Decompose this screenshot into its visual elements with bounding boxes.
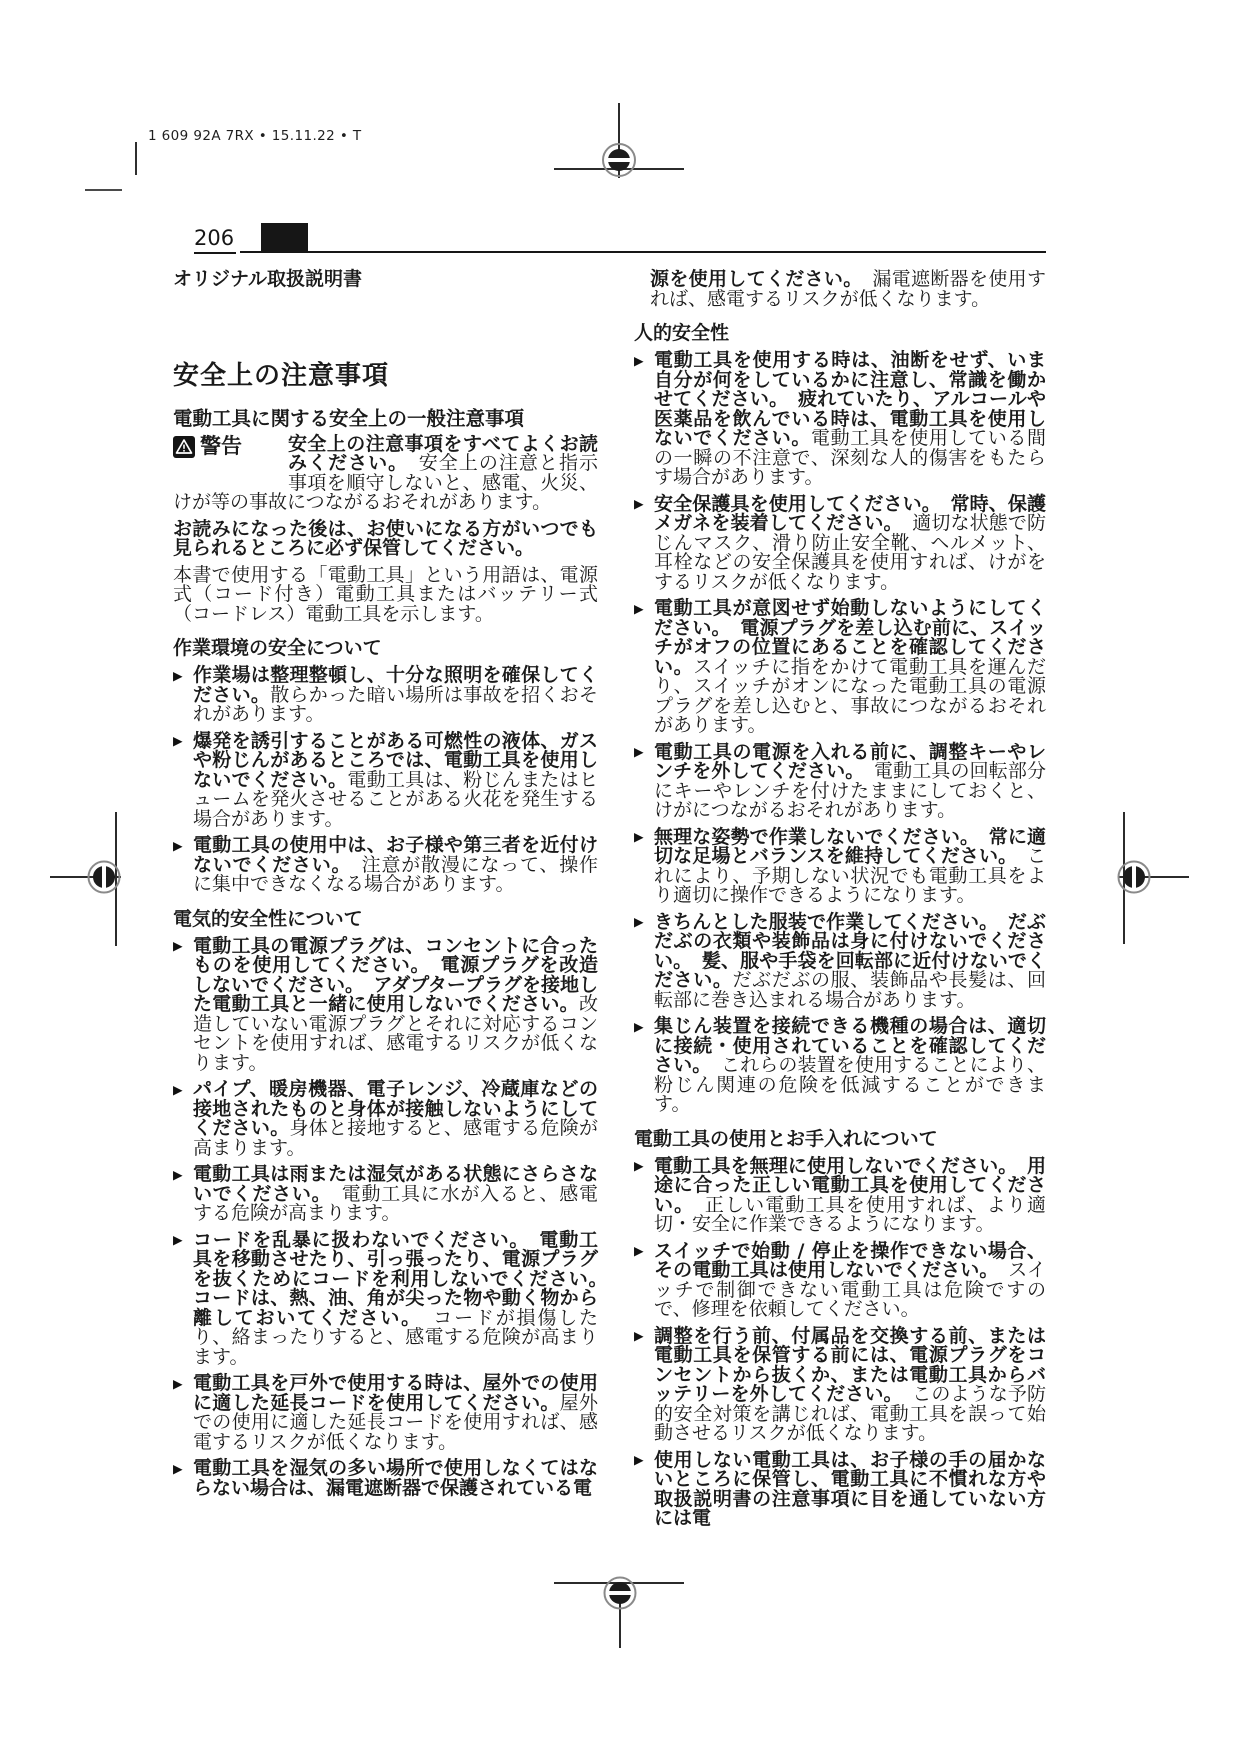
warning-paragraph: 警告 安全上の注意事項をすべてよくお読みください。 安全上の注意と指示事項を順守… [173,435,598,513]
terminology-note: 本書で使用する「電動工具」という用語は、電源式（コード付き）電動工具またはバッテ… [173,566,598,625]
bullet-icon: ▶ [173,939,183,953]
bullet-icon: ▶ [634,354,644,368]
bullet-icon: ▶ [634,1453,644,1467]
bullet-bold-text: 無理な姿勢で作業しないでください。 常に適切な足場とバランスを維持してください。 [654,826,1046,868]
bullet-icon: ▶ [634,1244,644,1258]
safety-bullet: ▶ 電動工具が意図せず始動しないようにしてください。 電源プラグを差し込む前に、… [634,599,1046,736]
left-column: オリジナル取扱説明書 安全上の注意事項 電動工具に関する安全上の一般注意事項 警… [173,270,598,1498]
safety-bullet: ▶ 電動工具の使用中は、お子様や第三者を近付けないでください。 注意が散漫になっ… [173,836,598,895]
safety-bullet: ▶ 電動工具の電源プラグは、コンセントに合ったものを使用してください。 電源プラ… [173,937,598,1074]
bullet-icon: ▶ [634,497,644,511]
safety-bullet: ▶ きちんとした服装で作業してください。 だぶだぶの衣類や装飾品は身に付けないで… [634,913,1046,1011]
warning-triangle-icon [173,436,195,463]
registration-mark-right [1119,812,1190,944]
bullet-icon: ▶ [173,1233,183,1247]
bullet-icon: ▶ [173,1168,183,1182]
safety-bullet: ▶ 無理な姿勢で作業しないでください。 常に適切な足場とバランスを維持してくださ… [634,828,1046,906]
keep-manual-note: お読みになった後は、お使いになる方がいつでも見られるところに必ず保管してください… [173,520,598,559]
registration-mark-bottom [554,1578,684,1649]
safety-bullet: ▶ 使用しない電動工具は、お子様の手の届かないところに保管し、電動工具に不慣れな… [634,1451,1046,1529]
bullet-bold-text: 使用しない電動工具は、お子様の手の届かないところに保管し、電動工具に不慣れな方や… [654,1449,1046,1530]
right-column: 源を使用してください。 漏電遮断器を使用すれば、感電するリスクが低くなります。 … [634,270,1046,1529]
safety-bullet: ▶ 作業場は整理整頓し、十分な照明を確保してください。散らかった暗い場所は事故を… [173,666,598,725]
section-heading-tool-care: 電動工具の使用とお手入れについて [634,1129,1046,1150]
section-marker-box [261,223,308,253]
registration-mark-top [554,103,684,178]
bullet-icon: ▶ [173,669,183,683]
section-heading-personal-safety: 人的安全性 [634,323,1046,344]
safety-bullet: ▶ 電動工具の電源を入れる前に、調整キーやレンチを外してください。 電動工具の回… [634,743,1046,821]
bullet-icon: ▶ [634,745,644,759]
safety-bullet: ▶ 安全保護具を使用してください。 常時、保護メガネを装着してください。 適切な… [634,495,1046,593]
warning-badge: 警告 [173,435,288,476]
safety-bullet: ▶ 電動工具を湿気の多い場所で使用しなくてはならない場合は、漏電遮断器で保護され… [173,1459,598,1498]
bullet-icon: ▶ [634,1159,644,1173]
page-number: 206 [194,226,236,254]
bullet-icon: ▶ [634,1329,644,1343]
sub-heading: 電動工具に関する安全上の一般注意事項 [173,408,598,430]
main-heading: 安全上の注意事項 [173,362,598,390]
safety-bullet: ▶ 集じん装置を接続できる機種の場合は、適切に接続・使用されていることを確認して… [634,1017,1046,1115]
safety-bullet: ▶ コードを乱暴に扱わないでください。 電動工具を移動させたり、引っ張ったり、電… [173,1231,598,1368]
safety-bullet: ▶ 電動工具は雨または湿気がある状態にさらさないでください。 電動工具に水が入る… [173,1165,598,1224]
bullet-normal-text: スイッチに指をかけて電動工具を運んだり、スイッチがオンになった電動工具の電源プラ… [654,656,1046,737]
bullet-normal-text: 正しい電動工具を使用すれば、より適切・安全に作業できるようになります。 [654,1194,1046,1236]
bullet-bold-text: 電動工具を戸外で使用する時は、屋外での使用に適した延長コードを使用してください。 [193,1372,598,1414]
document-code: 1 609 92A 7RX • 15.11.22 • T [148,128,362,144]
section-heading-electrical-safety: 電気的安全性について [173,909,598,930]
bullet-icon: ▶ [634,1020,644,1034]
bullet-bold-text: 電動工具の電源プラグは、コンセントに合ったものを使用してください。 電源プラグを… [193,935,598,1016]
bullet-icon: ▶ [634,915,644,929]
bullet-icon: ▶ [173,839,183,853]
safety-bullet: ▶ 爆発を誘引することがある可燃性の液体、ガスや粉じんがあるところでは、電動工具… [173,732,598,830]
trim-mark-horizontal [85,189,122,191]
registration-mark-left [50,812,121,946]
safety-bullet: ▶ 電動工具を戸外で使用する時は、屋外での使用に適した延長コードを使用してくださ… [173,1374,598,1452]
bullet-bold-text: 電動工具を湿気の多い場所で使用しなくてはならない場合は、漏電遮断器で保護されてい… [193,1457,598,1499]
manual-page: 1 609 92A 7RX • 15.11.22 • T 206 オリジナル取扱… [0,0,1241,1754]
section-heading-work-area: 作業環境の安全について [173,638,598,659]
continuation-paragraph: 源を使用してください。 漏電遮断器を使用すれば、感電するリスクが低くなります。 [634,270,1046,309]
doc-title: オリジナル取扱説明書 [173,270,598,290]
bullet-icon: ▶ [173,1377,183,1391]
safety-bullet: ▶ 調整を行う前、付属品を交換する前、または電動工具を保管する前には、電源プラグ… [634,1327,1046,1444]
header-rule [240,251,1046,253]
bullet-icon: ▶ [173,1462,183,1476]
safety-bullet: ▶ 電動工具を無理に使用しないでください。 用途に合った正しい電動工具を使用して… [634,1157,1046,1235]
trim-mark-vertical [135,142,137,175]
safety-bullet: ▶ 電動工具を使用する時は、油断をせず、いま自分が何をしているかに注意し、常識を… [634,351,1046,488]
bullet-icon: ▶ [173,734,183,748]
bullet-icon: ▶ [634,830,644,844]
bullet-icon: ▶ [634,602,644,616]
bullet-bold-text: スイッチで始動 / 停止を操作できない場合、その電動工具は使用しないでください。 [654,1240,1046,1282]
safety-bullet: ▶ スイッチで始動 / 停止を操作できない場合、その電動工具は使用しないでくださ… [634,1242,1046,1320]
bullet-normal-text: これらの装置を使用することにより、粉じん関連の危険を低減することができます。 [654,1054,1046,1115]
bullet-icon: ▶ [173,1083,183,1097]
warning-label: 警告 [200,435,242,457]
safety-bullet: ▶ パイプ、暖房機器、電子レンジ、冷蔵庫などの接地されたものと身体が接触しないよ… [173,1080,598,1158]
